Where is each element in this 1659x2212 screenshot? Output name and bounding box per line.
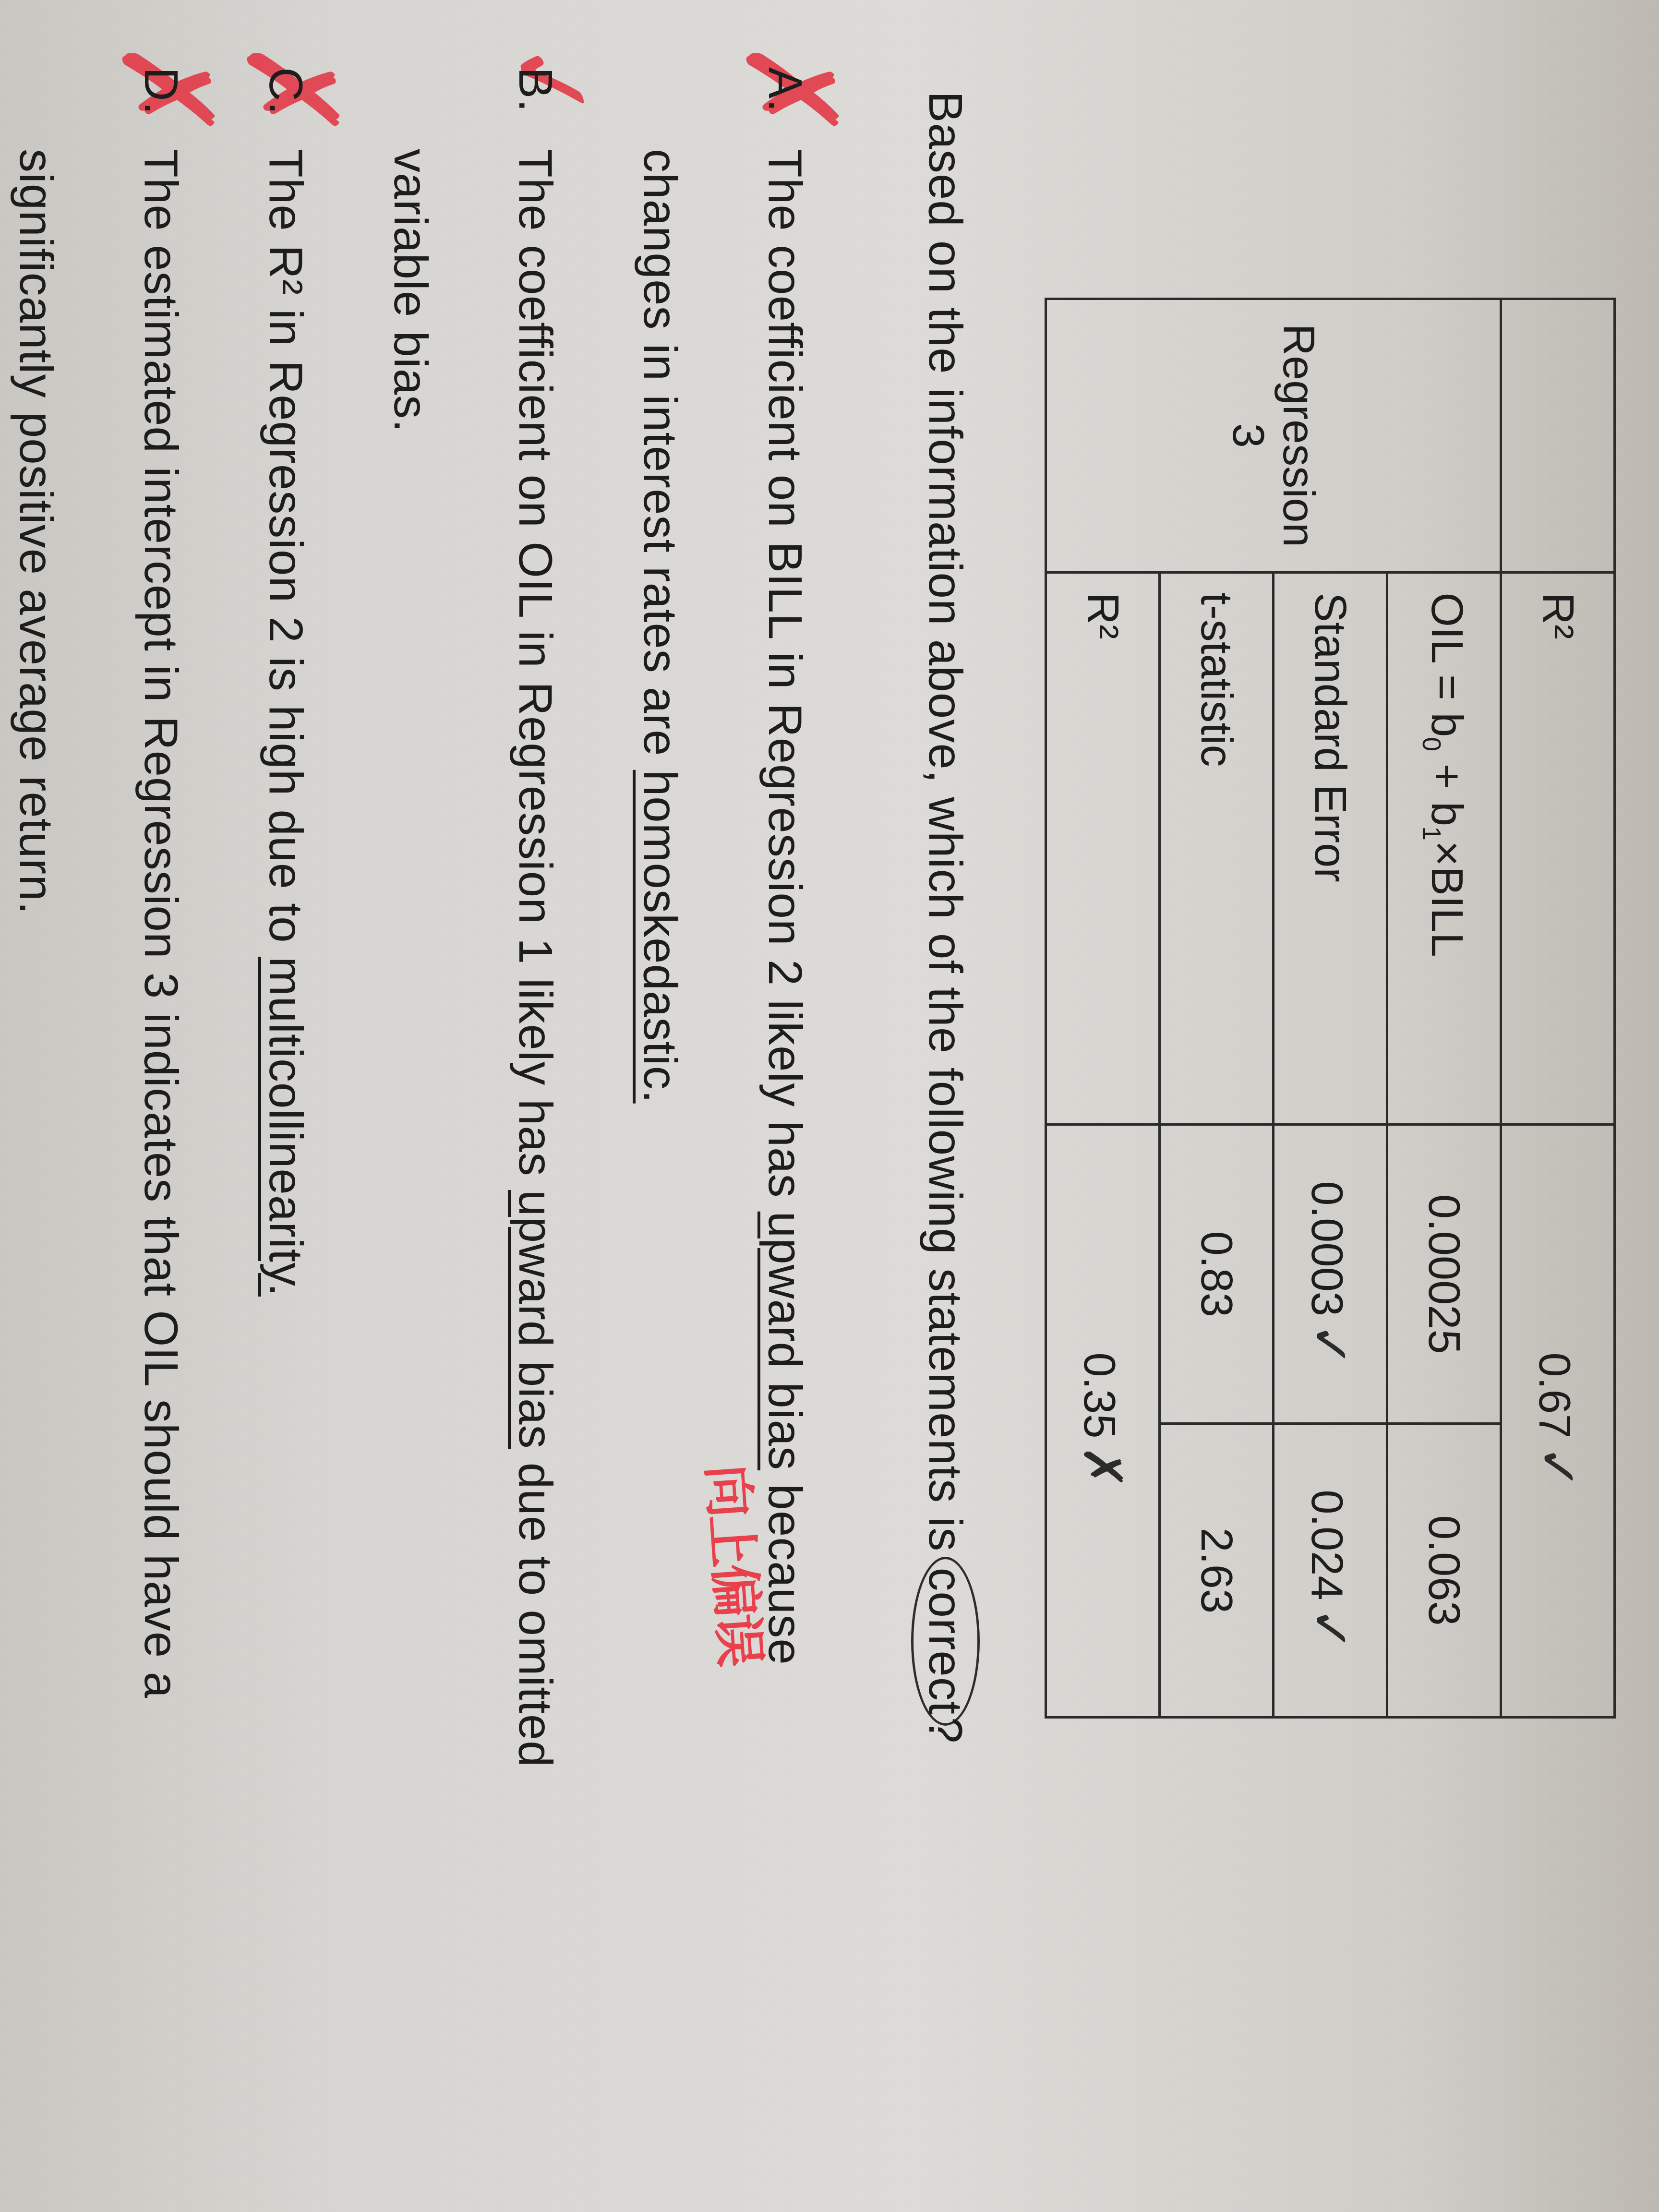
r2-value: 0.67✓ bbox=[1501, 1125, 1615, 1718]
b0-coefficient: 0.00025 bbox=[1387, 1125, 1501, 1424]
option-letter: B. bbox=[473, 67, 598, 149]
b1-standard-error: 0.024✓ bbox=[1274, 1424, 1387, 1718]
table-row: Regression 3 OIL = b0 + b1×BILL 0.00025 … bbox=[1387, 299, 1501, 1718]
table-row: R² 0.67✓ bbox=[1501, 299, 1615, 1718]
standard-error-label: Standard Error bbox=[1274, 572, 1387, 1125]
check-mark-icon: ✓ bbox=[1299, 1323, 1361, 1367]
blank-cell bbox=[1501, 299, 1615, 573]
regression-table: R² 0.67✓ Regression 3 OIL = b0 + b1×BILL… bbox=[1045, 298, 1616, 1719]
t-statistic-label: t-statistic bbox=[1160, 572, 1274, 1125]
r2-label: R² bbox=[1501, 572, 1615, 1125]
option-a[interactable]: ✗ A.The coefficient on BILL in Regressio… bbox=[598, 67, 848, 2083]
option-c[interactable]: ✗ C.The R² in Regression 2 is high due t… bbox=[224, 67, 349, 2083]
r2-label: R² bbox=[1046, 572, 1160, 1125]
option-b[interactable]: ✓ B.The coefficient on OIL in Regression… bbox=[349, 67, 598, 2083]
circled-word: correct bbox=[911, 1557, 980, 1726]
b1-t-statistic: 2.63 bbox=[1160, 1424, 1274, 1718]
check-mark-icon: ✓ bbox=[1527, 1445, 1588, 1490]
b0-standard-error: 0.0003✓ bbox=[1274, 1125, 1387, 1424]
answer-options: ✗ A.The coefficient on BILL in Regressio… bbox=[0, 67, 848, 2083]
option-letter: C. bbox=[224, 67, 349, 149]
option-letter: D. bbox=[99, 67, 224, 149]
exam-page: R² 0.67✓ Regression 3 OIL = b0 + b1×BILL… bbox=[0, 0, 1659, 2212]
option-d[interactable]: ✗ D.The estimated intercept in Regressio… bbox=[0, 67, 224, 2083]
b0-t-statistic: 0.83 bbox=[1160, 1125, 1274, 1424]
b1-coefficient: 0.063 bbox=[1387, 1424, 1501, 1718]
equation-label: OIL = b0 + b1×BILL bbox=[1387, 572, 1501, 1125]
check-mark-icon: ✓ bbox=[1299, 1607, 1361, 1651]
regression-3-label: Regression 3 bbox=[1046, 299, 1501, 573]
r2-value: 0.35✗ bbox=[1046, 1125, 1160, 1718]
handwritten-red-note: 向上偏误 bbox=[693, 1462, 783, 1666]
cross-mark-icon: ✗ bbox=[1072, 1445, 1133, 1490]
question-text: Based on the information above, which of… bbox=[918, 91, 973, 1744]
option-letter: A. bbox=[723, 67, 848, 149]
